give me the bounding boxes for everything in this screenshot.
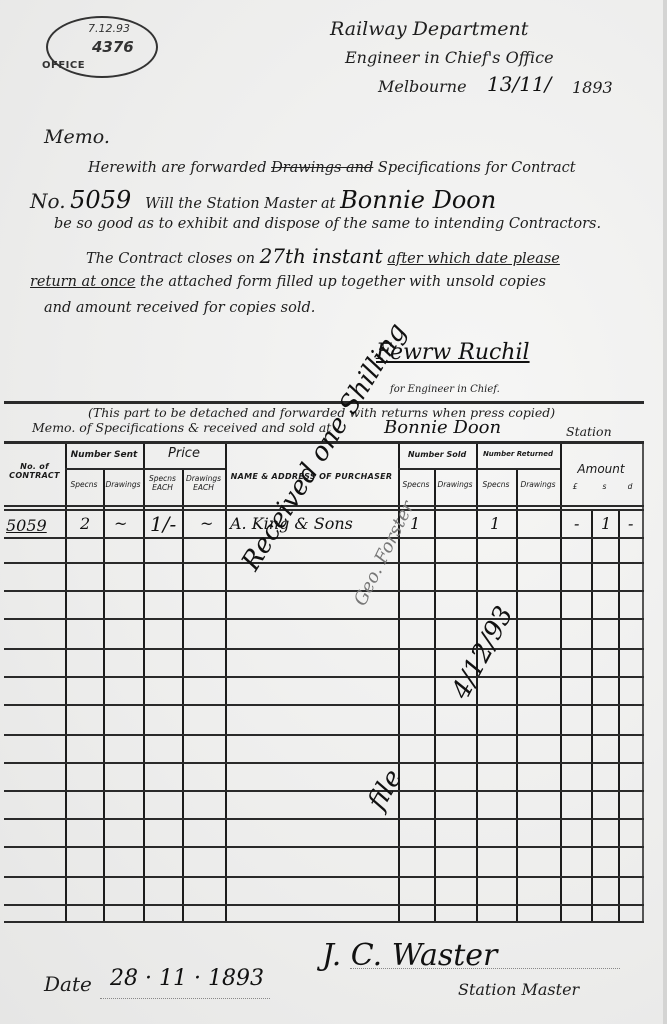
detach-rule — [4, 401, 644, 404]
document-page: 7.12.93 4376 OFFICE Railway Department E… — [0, 0, 667, 1024]
col-header-number-sold: Number Sold — [398, 450, 476, 459]
memo-line-5: return at once the attached form filled … — [30, 274, 546, 290]
engineer-role: for Engineer in Chief. — [390, 384, 500, 395]
cell-sent-spec: 2 — [80, 514, 90, 533]
date-dotted-line — [100, 998, 270, 999]
cell-amount-pounds: - — [574, 514, 579, 533]
contract-prefix: No. — [30, 189, 66, 213]
cell-sent-drawings: ~ — [114, 514, 127, 533]
memo-line-3: be so good as to exhibit and dispose of … — [54, 216, 601, 232]
col-header-amount: Amount — [560, 462, 642, 476]
struck-text: Drawings and — [271, 160, 373, 176]
col-header-number-returned: Number Returned — [476, 450, 560, 458]
col-header-number-sent: Number Sent — [65, 450, 143, 460]
header-department: Railway Department — [330, 18, 528, 40]
col-header-contract: No. of CONTRACT — [4, 462, 65, 480]
col-header-pounds: £ — [560, 482, 590, 491]
station-name: Bonnie Doon — [340, 186, 496, 214]
memo-text: the attached form filled up together wit… — [140, 274, 546, 290]
cell-price-drawings: ~ — [200, 514, 213, 533]
header-year: 1893 — [572, 78, 613, 97]
memo-line-1: Herewith are forwarded Drawings and Spec… — [88, 160, 576, 176]
memo-text: The Contract closes on — [86, 251, 255, 267]
cell-amount-shillings: 1 — [601, 514, 611, 533]
cell-price-spec: 1/- — [150, 512, 176, 536]
header-office: Engineer in Chief's Office — [345, 48, 554, 67]
specifications-table: No. of CONTRACT Number Sent Specns Drawi… — [4, 444, 644, 922]
stamp-date: 7.12.93 — [88, 22, 130, 35]
cell-contract: 5059 — [6, 516, 47, 535]
col-header-ret-spec: Specns — [476, 480, 516, 489]
memo-line-2: No. 5059 Will the Station Master at Bonn… — [30, 186, 496, 214]
memo-title: Memo. — [44, 126, 110, 148]
specs-memo-station: Bonnie Doon — [384, 417, 501, 438]
memo-text: Will the Station Master at — [145, 196, 335, 212]
station-master-label: Station Master — [458, 980, 579, 999]
col-header-sent-drawings: Drawings — [103, 480, 143, 489]
contract-number: 5059 — [70, 186, 131, 214]
col-header-pence: d — [618, 482, 642, 491]
col-header-price: Price — [143, 446, 225, 461]
header-city: Melbourne — [378, 77, 467, 96]
memo-text: Herewith are forwarded — [88, 160, 267, 176]
cell-amount-pence: - — [628, 514, 633, 533]
stamp-number: 4376 — [92, 38, 134, 56]
memo-text: after which date please — [387, 251, 560, 267]
footer-date-value: 28 · 11 · 1893 — [110, 966, 264, 991]
col-header-price-drawings: Drawings EACH — [182, 474, 225, 492]
close-date: 27th instant — [260, 244, 383, 268]
memo-line-4: The Contract closes on 27th instant afte… — [86, 244, 560, 268]
col-header-price-spec: Specns EACH — [143, 474, 182, 492]
col-header-sold-drawings: Drawings — [434, 480, 476, 489]
col-header-sold-spec: Specns — [398, 480, 434, 489]
received-stamp: 7.12.93 4376 OFFICE — [46, 16, 158, 78]
memo-text: Specifications for Contract — [378, 160, 576, 176]
signature-dotted-line — [350, 968, 620, 969]
header-date: 13/11/ — [487, 72, 551, 96]
memo-line-6: and amount received for copies sold. — [44, 300, 315, 316]
col-header-ret-drawings: Drawings — [516, 480, 560, 489]
specs-memo-label: Memo. of Specifications & received and s… — [32, 420, 331, 435]
footer-date-label: Date — [44, 972, 92, 996]
cell-ret-spec: 1 — [490, 514, 500, 533]
stamp-label: OFFICE — [42, 60, 85, 71]
col-header-shillings: s — [591, 482, 618, 491]
specs-memo-station-suffix: Station — [566, 424, 612, 439]
memo-text: return at once — [30, 274, 135, 290]
col-header-sent-spec: Specns — [65, 480, 103, 489]
page-edge — [663, 0, 667, 1024]
